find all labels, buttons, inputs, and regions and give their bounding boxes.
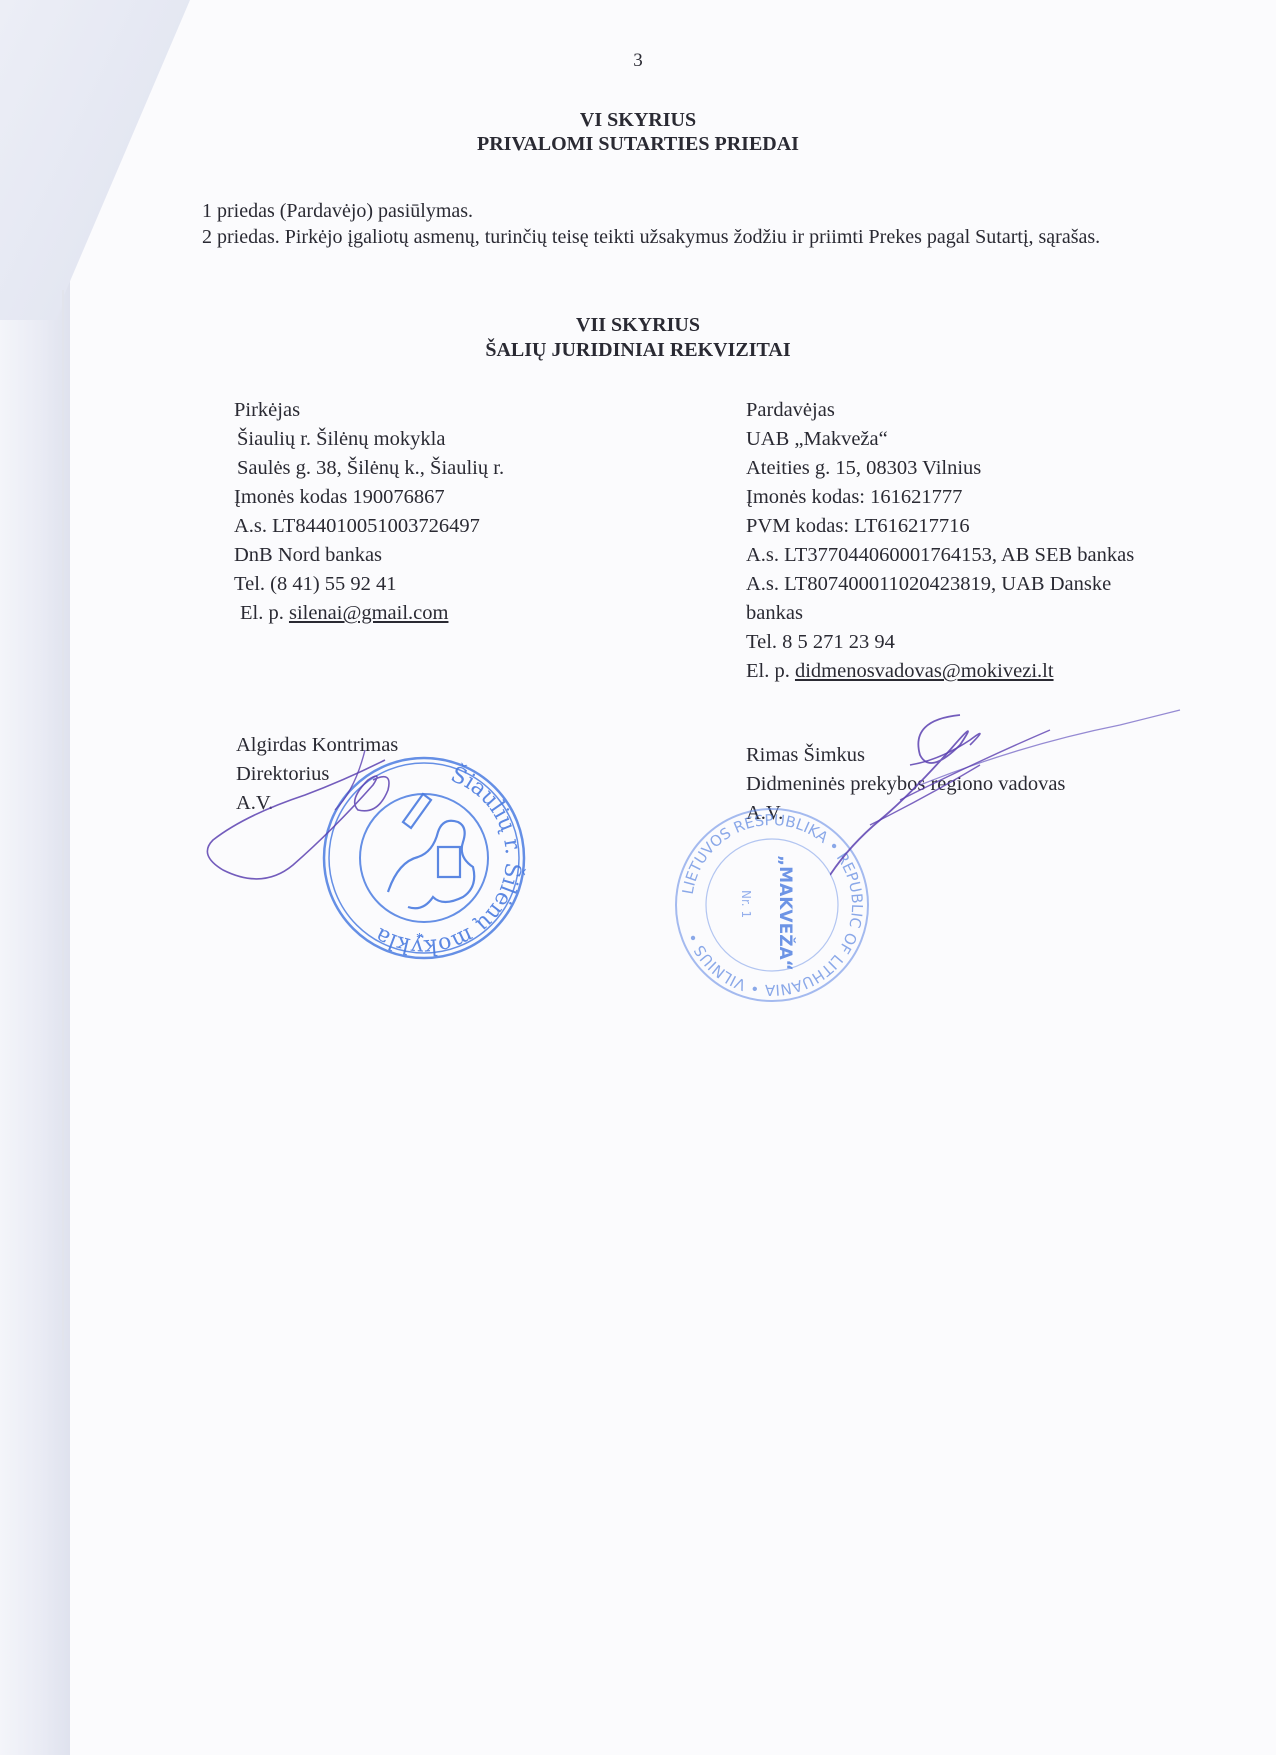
seller-account-2: A.s. LT807400011020423819, UAB Danske: [746, 570, 1134, 599]
buyer-address: Saulės g. 38, Šilėnų k., Šiaulių r.: [237, 454, 504, 483]
scan-line: [62, 290, 64, 1350]
seller-details: Pardavėjas UAB „Makveža“ Ateities g. 15,…: [746, 396, 1134, 686]
seller-company-code: Įmonės kodas: 161621777: [746, 483, 1134, 512]
seller-role: Pardavėjas: [746, 396, 1134, 425]
seller-signature-icon: [830, 705, 1190, 915]
annex-item-1: 1 priedas (Pardavėjo) pasiūlymas.: [202, 199, 473, 224]
buyer-bank: DnB Nord bankas: [234, 541, 504, 570]
buyer-name: Šiaulių r. Šilėnų mokykla: [237, 425, 504, 454]
buyer-details: Pirkėjas Šiaulių r. Šilėnų mokykla Saulė…: [234, 396, 504, 628]
scan-page-fold: [0, 0, 220, 320]
seller-email-label: El. p.: [746, 660, 790, 682]
seller-address: Ateities g. 15, 08303 Vilnius: [746, 454, 1134, 483]
buyer-phone: Tel. (8 41) 55 92 41: [234, 570, 504, 599]
buyer-signature-icon: [205, 740, 445, 890]
seller-stamp-inner-text: „MAKVEŽA“: [775, 855, 797, 971]
section7-title: VII SKYRIUS: [0, 313, 1276, 337]
section7-subtitle: ŠALIŲ JURIDINIAI REKVIZITAI: [0, 338, 1276, 362]
annex-item-2: 2 priedas. Pirkėjo įgaliotų asmenų, turi…: [202, 225, 1232, 250]
seller-account-1: A.s. LT377044060001764153, AB SEB bankas: [746, 541, 1134, 570]
buyer-account: A.s. LT844010051003726497: [234, 512, 504, 541]
seller-name: UAB „Makveža“: [746, 425, 1134, 454]
buyer-stamp-star: *: [416, 931, 423, 946]
buyer-email-label: El. p.: [240, 602, 284, 624]
page-number: 3: [0, 50, 1276, 72]
seller-phone: Tel. 8 5 271 23 94: [746, 628, 1134, 657]
buyer-role: Pirkėjas: [234, 396, 504, 425]
section6-title: VI SKYRIUS: [0, 108, 1276, 132]
buyer-email-link[interactable]: silenai@gmail.com: [289, 602, 449, 624]
seller-account-2-cont: bankas: [746, 599, 1134, 628]
section6-subtitle: PRIVALOMI SUTARTIES PRIEDAI: [0, 132, 1276, 156]
seller-email-link[interactable]: didmenosvadovas@mokivezi.lt: [795, 660, 1054, 682]
buyer-email-line: El. p. silenai@gmail.com: [240, 599, 504, 628]
buyer-company-code: Įmonės kodas 190076867: [234, 483, 504, 512]
seller-email-line: El. p. didmenosvadovas@mokivezi.lt: [746, 657, 1134, 686]
seller-vat-code: PVM kodas: LT616217716: [746, 512, 1134, 541]
seller-stamp-number: Nr. 1: [739, 890, 753, 918]
